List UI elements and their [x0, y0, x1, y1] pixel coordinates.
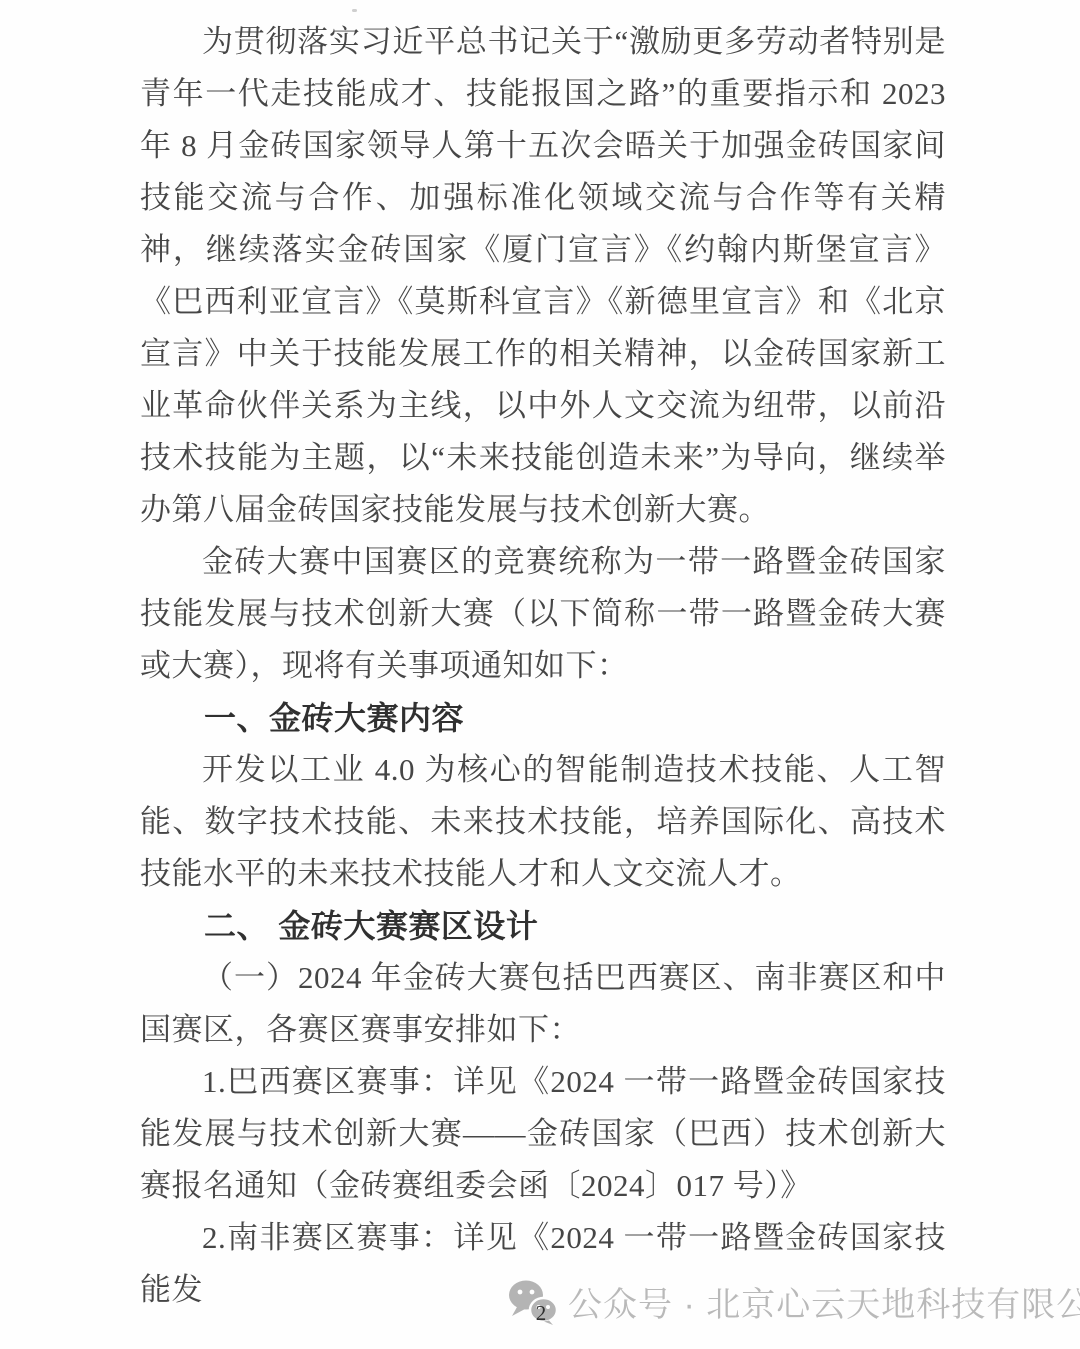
page-number: 2 — [530, 1301, 552, 1325]
section-heading-1: 一、金砖大赛内容 — [140, 692, 946, 744]
scan-artifact-dot — [352, 9, 357, 12]
document-body: 为贯彻落实习近平总书记关于“激励更多劳动者特别是青年一代走技能成才、技能报国之路… — [140, 16, 946, 1316]
wechat-watermark: 公众号 · 北京心云天地科技有限公司 — [508, 1277, 1080, 1326]
paragraph-brazil-zone: 1.巴西赛区赛事：详见《2024 一带一路暨金砖国家技能发展与技术创新大赛——金… — [140, 1056, 946, 1212]
paragraph-competition-content: 开发以工业 4.0 为核心的智能制造技术技能、人工智能、数字技术技能、未来技术技… — [140, 744, 946, 900]
paragraph-china-zone-naming: 金砖大赛中国赛区的竞赛统称为一带一路暨金砖国家技能发展与技术创新大赛（以下简称一… — [140, 536, 946, 692]
paragraph-zone-design: （一）2024 年金砖大赛包括巴西赛区、南非赛区和中国赛区，各赛区赛事安排如下： — [140, 952, 946, 1056]
document-page: 为贯彻落实习近平总书记关于“激励更多劳动者特别是青年一代走技能成才、技能报国之路… — [0, 0, 1080, 1349]
section-heading-2: 二、 金砖大赛赛区设计 — [140, 900, 946, 952]
watermark-text: 公众号 · 北京心云天地科技有限公司 — [568, 1277, 1080, 1326]
paragraph-preamble: 为贯彻落实习近平总书记关于“激励更多劳动者特别是青年一代走技能成才、技能报国之路… — [140, 16, 946, 536]
